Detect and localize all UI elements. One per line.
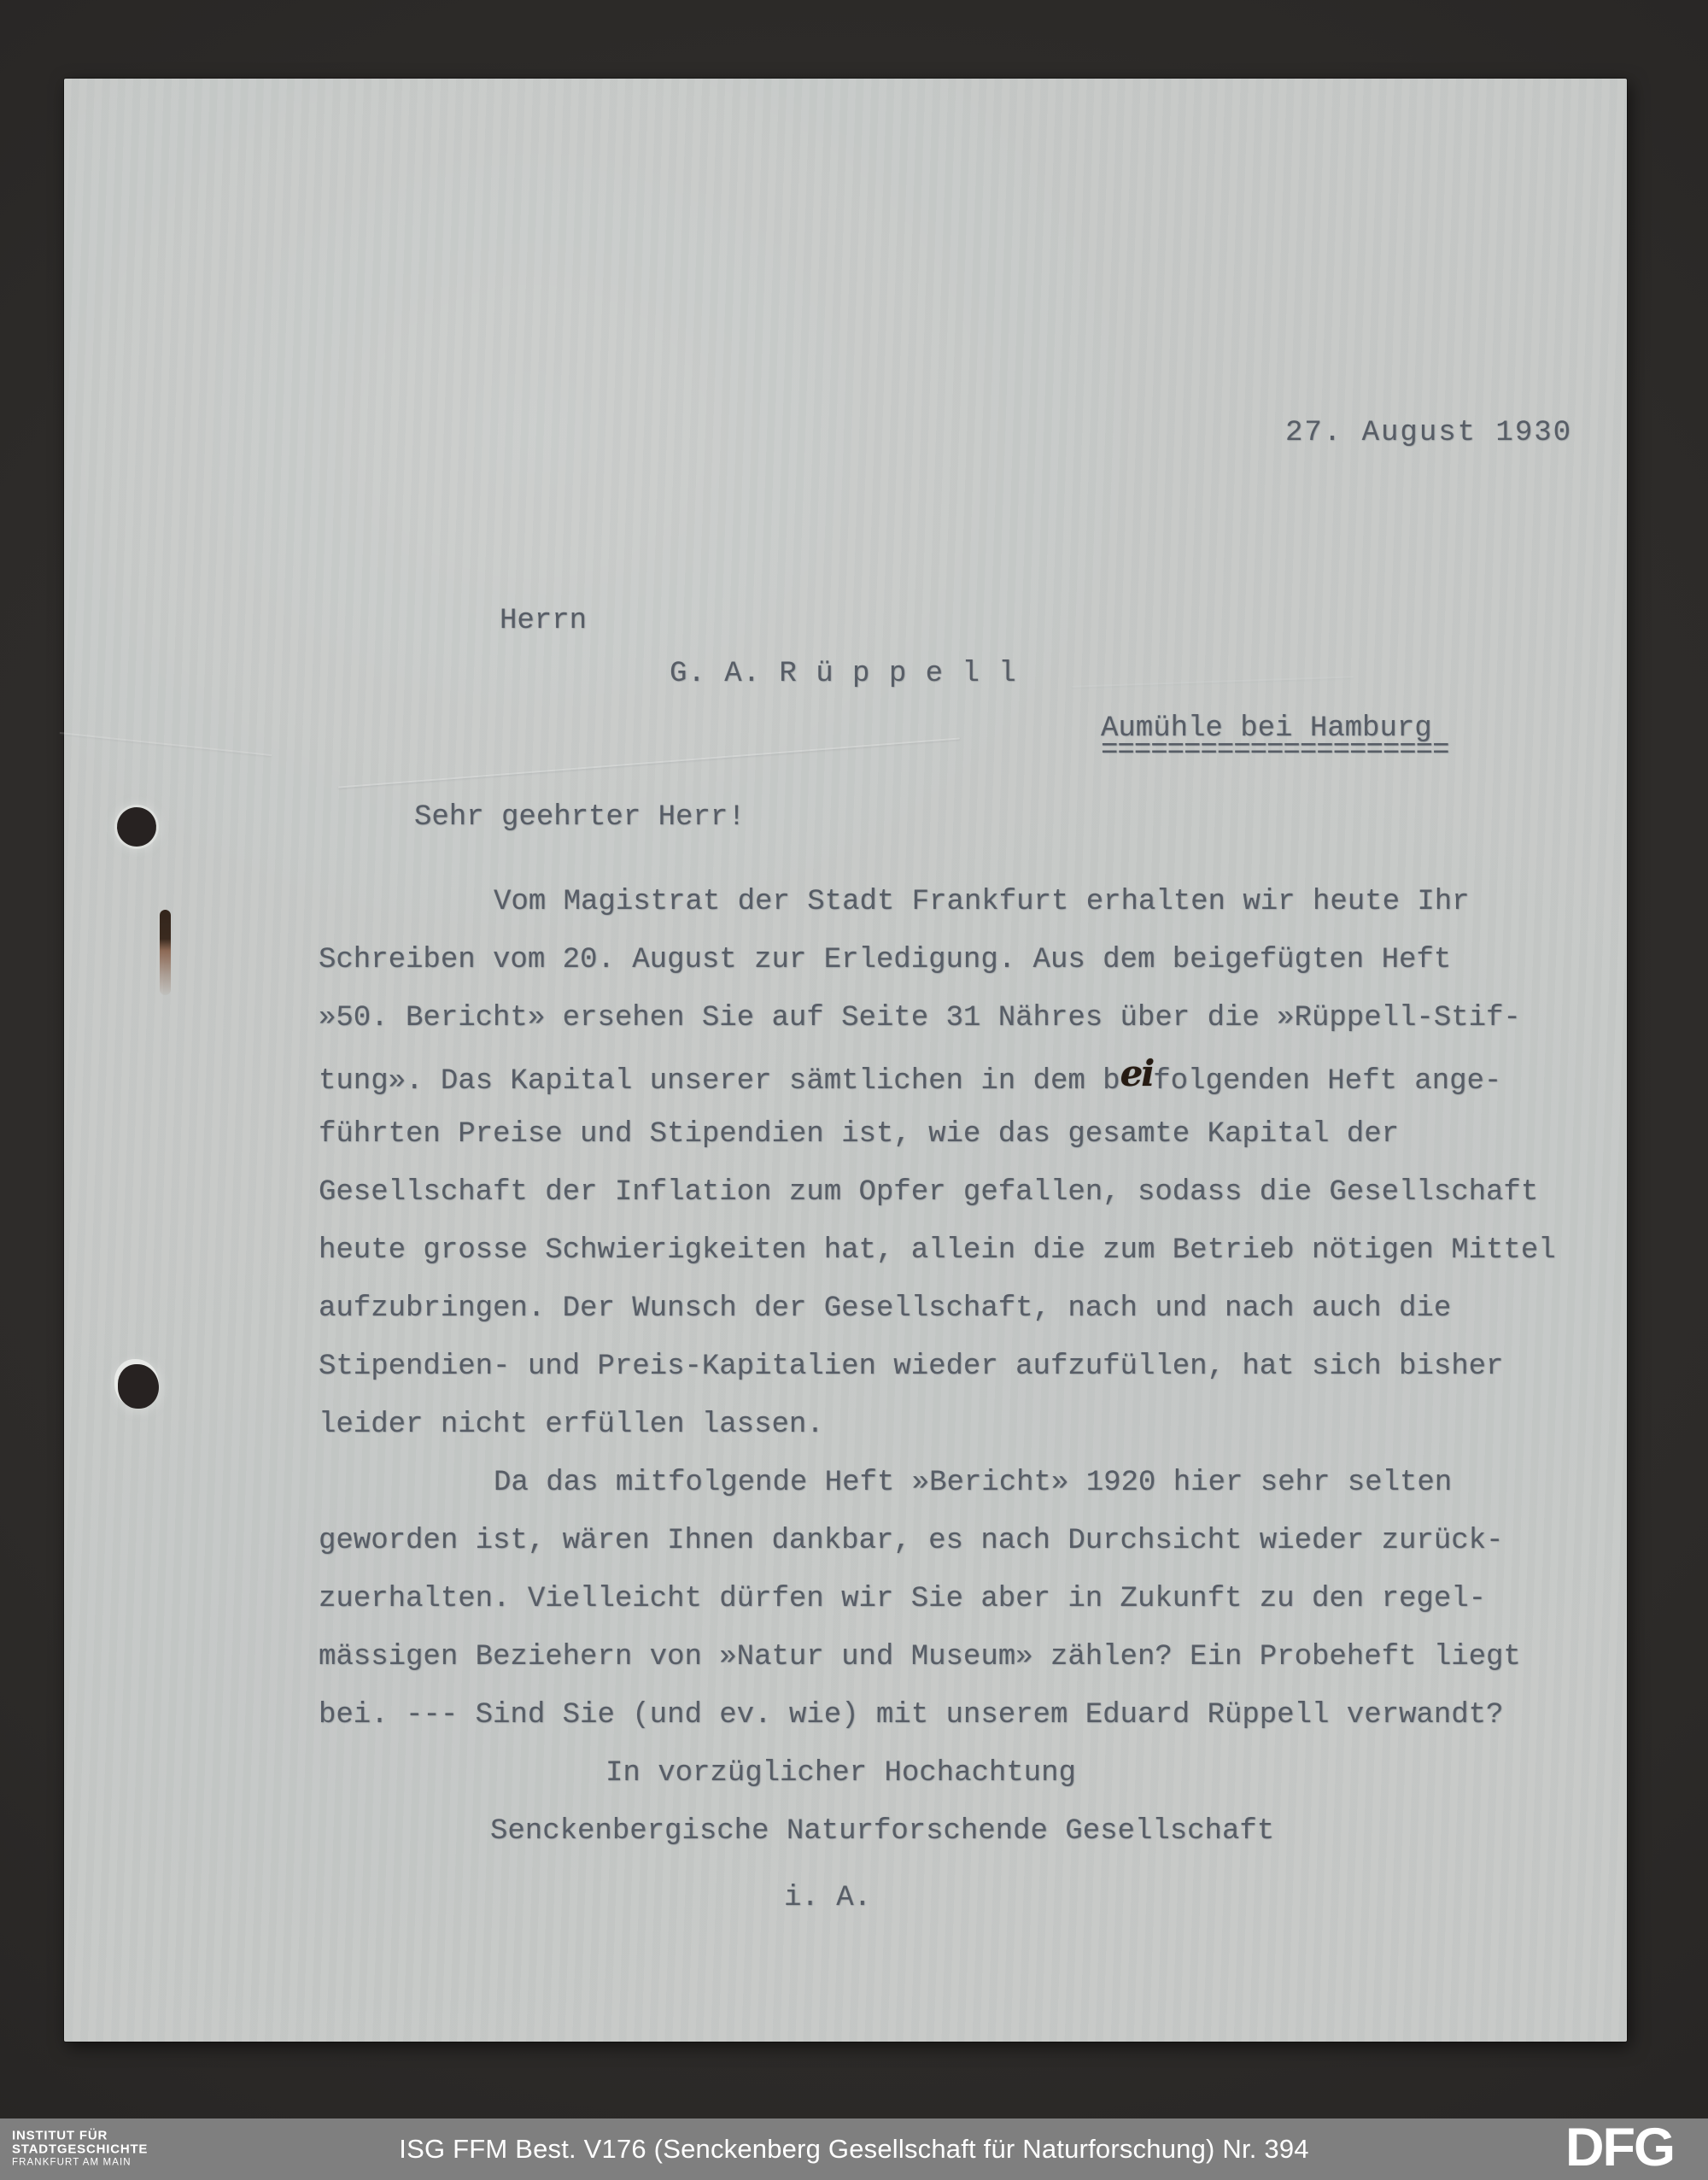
signature-line: i. A. bbox=[784, 1869, 1608, 1927]
recipient-name: G. A. R ü p p e l l bbox=[670, 658, 1017, 690]
letter-line: Da das mitfolgende Heft »Bericht» 1920 h… bbox=[319, 1454, 1608, 1512]
closing-line: In vorzüglicher Hochachtung bbox=[605, 1744, 1608, 1802]
letter-line: Stipendien- und Preis-Kapitalien wieder … bbox=[319, 1338, 1608, 1396]
paper-crease bbox=[60, 732, 272, 756]
letter-line: Vom Magistrat der Stadt Frankfurt erhalt… bbox=[319, 873, 1608, 931]
letter-line: Schreiben vom 20. August zur Erledigung.… bbox=[319, 931, 1608, 989]
letter-line: führten Preise und Stipendien ist, wie d… bbox=[319, 1105, 1608, 1163]
letter-line-segment: tung». Das Kapital unserer sämtlichen in… bbox=[319, 1065, 1120, 1098]
letter-line: tung». Das Kapital unserer sämtlichen in… bbox=[319, 1047, 1608, 1105]
letter-line: geworden ist, wären Ihnen dankbar, es na… bbox=[319, 1512, 1608, 1570]
letter-line: heute grosse Schwierigkeiten hat, allein… bbox=[319, 1222, 1608, 1280]
letter-line: aufzubringen. Der Wunsch der Gesellschaf… bbox=[319, 1280, 1608, 1338]
letter-page: 27. August 1930 Herrn G. A. R ü p p e l … bbox=[64, 79, 1627, 2042]
archive-reference-caption: ISG FFM Best. V176 (Senckenberg Gesellsc… bbox=[0, 2118, 1708, 2180]
archive-footer-bar: INSTITUT FÜR STADTGESCHICHTE FRANKFURT A… bbox=[0, 2118, 1708, 2180]
letter-date: 27. August 1930 bbox=[1285, 417, 1572, 449]
letter-line-segment: folgenden Heft ange- bbox=[1153, 1065, 1501, 1098]
salutation: Sehr geehrter Herr! bbox=[414, 801, 746, 834]
dfg-logo: DFG bbox=[1565, 2121, 1674, 2175]
rust-stain bbox=[160, 910, 171, 995]
archive-scan-view: 27. August 1930 Herrn G. A. R ü p p e l … bbox=[0, 0, 1708, 2180]
punch-hole-top bbox=[114, 805, 159, 849]
paper-crease bbox=[338, 737, 960, 788]
recipient-title: Herrn bbox=[500, 605, 587, 637]
letter-line: mässigen Beziehern von »Natur und Museum… bbox=[319, 1628, 1608, 1686]
letter-line: bei. --- Sind Sie (und ev. wie) mit unse… bbox=[319, 1686, 1608, 1744]
letter-line: »50. Bericht» ersehen Sie auf Seite 31 N… bbox=[319, 989, 1608, 1047]
letter-line: Gesellschaft der Inflation zum Opfer gef… bbox=[319, 1163, 1608, 1222]
letter-line: leider nicht erfüllen lassen. bbox=[319, 1396, 1608, 1454]
handwritten-correction: ei bbox=[1120, 1052, 1154, 1094]
letter-line: zuerhalten. Vielleicht dürfen wir Sie ab… bbox=[319, 1570, 1608, 1628]
recipient-underline: ===================== bbox=[1101, 735, 1448, 767]
paper-crease bbox=[1072, 676, 1354, 688]
closing-line: Senckenbergische Naturforschende Gesells… bbox=[490, 1802, 1608, 1861]
punch-hole-bottom bbox=[118, 1364, 159, 1409]
letter-body: Vom Magistrat der Stadt Frankfurt erhalt… bbox=[319, 873, 1608, 1927]
